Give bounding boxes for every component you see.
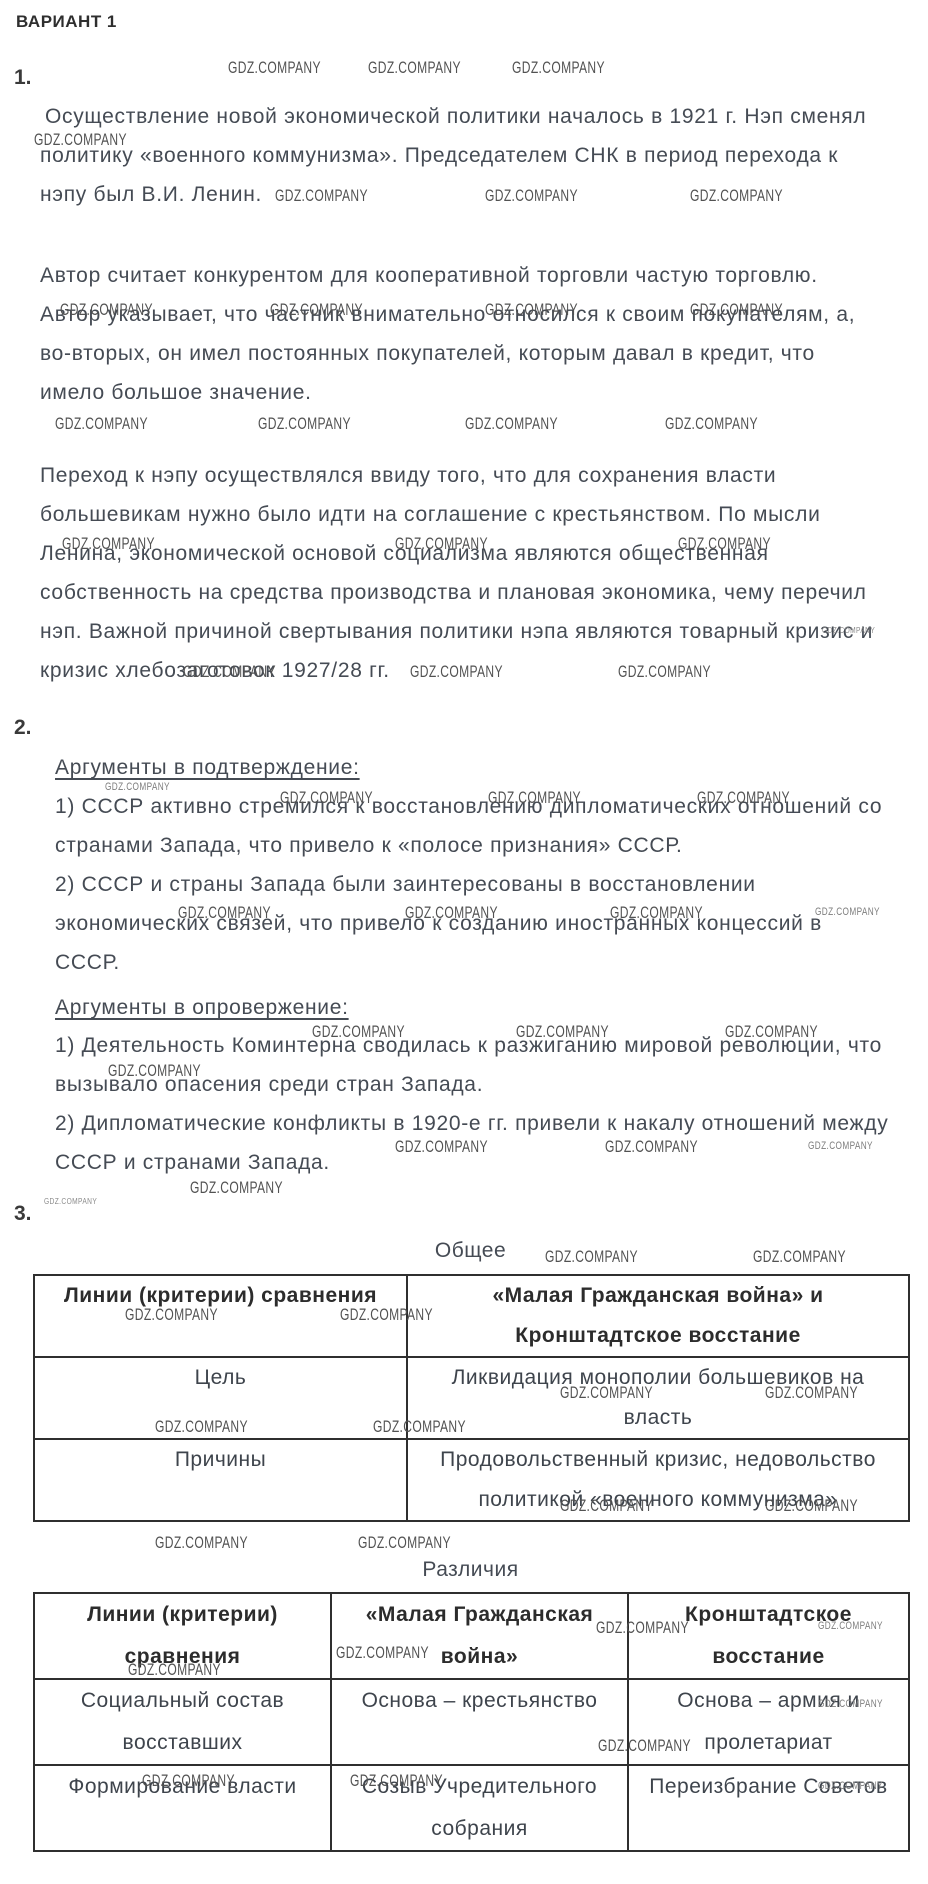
table-row: Линии (критерии) сравнения «Малая Гражда… — [34, 1275, 909, 1357]
document-page: ВАРИАНТ 1 1. Осуществление новой экономи… — [0, 0, 928, 1884]
confirm-argument-2: 2) СССР и страны Запада были заинтересов… — [55, 865, 928, 982]
watermark-text: GDZ.COMPANY — [512, 58, 605, 78]
watermark-text: GDZ.COMPANY — [228, 58, 321, 78]
table-cell-causes-value: Продовольственный кризис, недовольство п… — [407, 1439, 909, 1521]
watermark-text: GDZ.COMPANY — [258, 414, 351, 434]
paragraph-nep-transition: Переход к нэпу осуществлялся ввиду того,… — [40, 456, 922, 690]
difference-table-title: Различия — [33, 1558, 908, 1582]
refute-argument-1: 1) Деятельность Коминтерна сводилась к р… — [55, 1026, 928, 1104]
table-cell-goal: Цель — [34, 1357, 407, 1439]
section-1-number: 1. — [14, 66, 32, 90]
arguments-refute-heading: Аргументы в опровержение: — [55, 996, 349, 1020]
difference-table: Линии (критерии) сравнения «Малая Гражда… — [33, 1592, 910, 1852]
watermark-text: GDZ.COMPANY — [55, 414, 148, 434]
paragraph-author-competitor: Автор считает конкурентом для кооператив… — [40, 256, 922, 412]
variant-title: ВАРИАНТ 1 — [16, 12, 117, 32]
table-header-cell: Линии (критерии) сравнения — [34, 1593, 331, 1679]
table-row: Причины Продовольственный кризис, недово… — [34, 1439, 909, 1521]
common-table: Линии (критерии) сравнения «Малая Гражда… — [33, 1274, 910, 1522]
paragraph-nep-start: Осуществление новой экономической полити… — [40, 97, 922, 214]
watermark-text: GDZ.COMPANY — [155, 1533, 248, 1553]
table-cell-social-small-war: Основа – крестьянство — [331, 1679, 628, 1765]
table-row: Формирование власти Созыв Учредительного… — [34, 1765, 909, 1851]
refute-argument-2: 2) Дипломатические конфликты в 1920-е гг… — [55, 1104, 928, 1182]
watermark-text: GDZ.COMPANY — [44, 1196, 97, 1206]
watermark-text: GDZ.COMPANY — [665, 414, 758, 434]
table-cell-causes: Причины — [34, 1439, 407, 1521]
table-cell-power-kronstadt: Переизбрание Советов — [628, 1765, 909, 1851]
common-table-title: Общее — [33, 1239, 908, 1263]
table-row: Социальный состав восставших Основа – кр… — [34, 1679, 909, 1765]
section-3-number: 3. — [14, 1202, 32, 1226]
table-header-cell: Кронштадтское восстание — [628, 1593, 909, 1679]
table-cell-goal-value: Ликвидация монополии большевиков на влас… — [407, 1357, 909, 1439]
arguments-confirm-heading: Аргументы в подтверждение: — [55, 756, 360, 780]
watermark-text: GDZ.COMPANY — [465, 414, 558, 434]
table-header-cell: «Малая Гражданская война» — [331, 1593, 628, 1679]
table-cell-power-small-war: Созыв Учредительного собрания — [331, 1765, 628, 1851]
table-header-cell: «Малая Гражданская война» и Кронштадтско… — [407, 1275, 909, 1357]
table-row: Цель Ликвидация монополии большевиков на… — [34, 1357, 909, 1439]
table-cell-social-kronstadt: Основа – армия и пролетариат — [628, 1679, 909, 1765]
table-cell-social-composition: Социальный состав восставших — [34, 1679, 331, 1765]
table-cell-power-formation: Формирование власти — [34, 1765, 331, 1851]
table-header-cell: Линии (критерии) сравнения — [34, 1275, 407, 1357]
section-2-number: 2. — [14, 716, 32, 740]
watermark-text: GDZ.COMPANY — [368, 58, 461, 78]
table-row: Линии (критерии) сравнения «Малая Гражда… — [34, 1593, 909, 1679]
confirm-argument-1: 1) СССР активно стремился к восстановлен… — [55, 787, 928, 865]
watermark-text: GDZ.COMPANY — [358, 1533, 451, 1553]
